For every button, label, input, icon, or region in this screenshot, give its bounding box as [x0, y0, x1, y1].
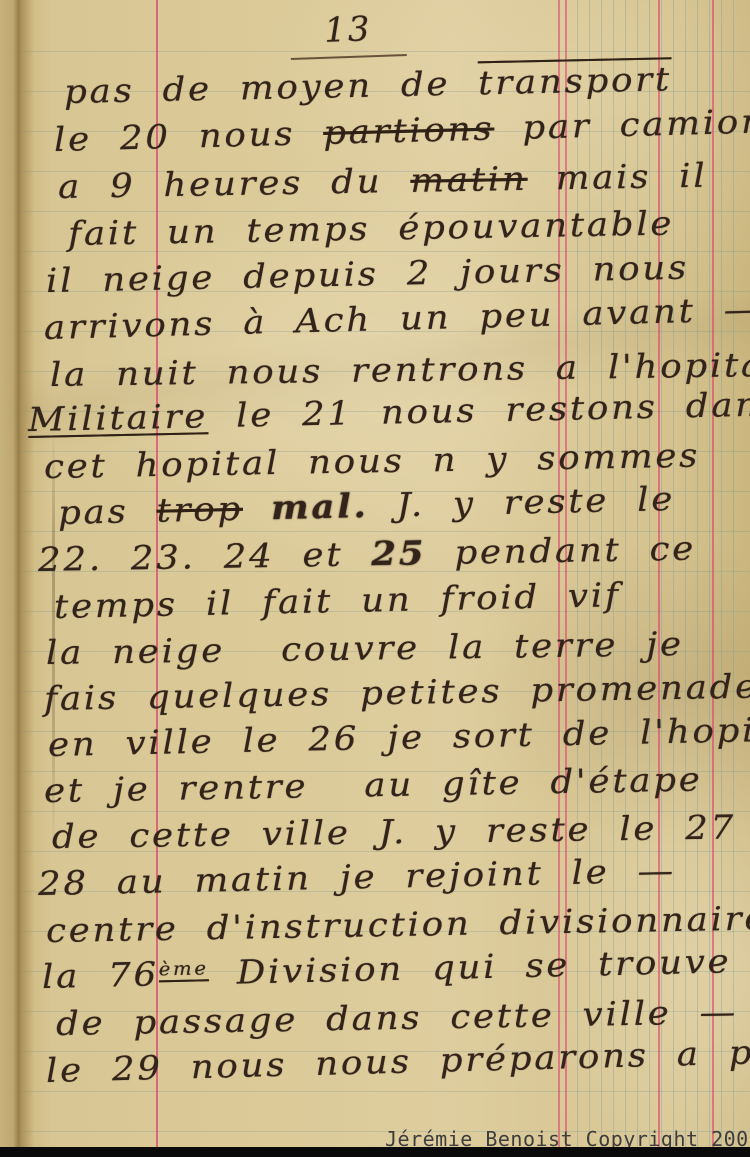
manuscript-word: matin [410, 159, 528, 200]
scanner-edge-bar [0, 1147, 750, 1157]
manuscript-word: pas [58, 491, 157, 532]
scanned-diary-page: 13 pas de moyen de transportle 20 nous p… [0, 0, 750, 1157]
manuscript-word: a 9 heures du [58, 161, 411, 206]
ledger-rule-4 [712, 0, 714, 1157]
manuscript-word: Militaire [28, 396, 209, 439]
manuscript-word [242, 488, 271, 528]
page-number-underline: 13 [289, 8, 407, 60]
page-binding-edge [0, 0, 34, 1157]
manuscript-word: le 20 nous [53, 113, 323, 159]
manuscript-word: partions [323, 108, 495, 151]
manuscript-word: 22. 23. 24 et [38, 534, 372, 579]
manuscript-word: 25 [371, 533, 427, 573]
manuscript-word: mais il [527, 156, 708, 198]
manuscript-word: J. y reste le [368, 479, 675, 525]
manuscript-word: la 76 [42, 954, 160, 996]
manuscript-word: par camions [494, 101, 750, 148]
manuscript-word: ème [159, 958, 209, 980]
manuscript-word: trop [156, 489, 243, 530]
manuscript-word: transport [478, 59, 673, 102]
manuscript-word: pendant ce [426, 529, 696, 573]
manuscript-word: mal. [271, 486, 369, 527]
page-number: 13 [324, 9, 373, 51]
